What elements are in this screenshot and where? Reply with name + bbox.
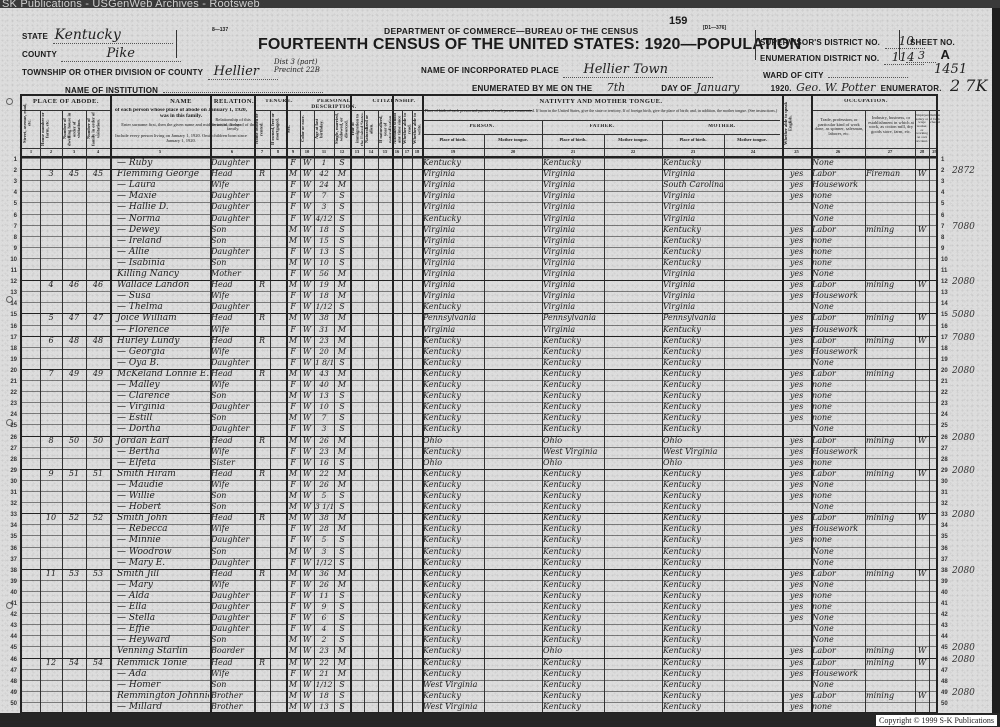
column-number: 4 (86, 150, 110, 155)
occupation-header: OCCUPATION. (811, 99, 921, 105)
relation-header: RELATION. (210, 99, 258, 106)
header-rule (422, 120, 780, 121)
row-number-right: 5 (941, 201, 944, 207)
state-value: Kentucky (53, 27, 173, 44)
table-row: — ElfetaSisterFW16SOhioOhioOhioyesnone (22, 457, 940, 468)
table-row: — EffieDaughterFW4SKentuckyKentuckyKentu… (22, 623, 940, 634)
occupation-trade: none (812, 701, 864, 713)
county-field: COUNTY Pike (22, 44, 181, 62)
district-code: [D1—376] (703, 25, 726, 31)
column-number: 22 (604, 150, 662, 155)
row-number-right: 26 (941, 435, 948, 441)
form-title: FOURTEENTH CENSUS OF THE UNITED STATES: … (258, 36, 801, 54)
row-number-left: 6 (3, 213, 17, 219)
row-number-left: 47 (3, 668, 17, 674)
table-row: — MillardBrotherMW13SWest VirginiaKentuc… (22, 701, 940, 712)
farm-schedule-header: Number of farm schedule. (929, 114, 940, 125)
table-row: — Oya B.DaughterFW1 8/12SKentuckyKentuck… (22, 357, 940, 368)
column-number: 28 (915, 150, 929, 155)
row-number-left: 44 (3, 634, 17, 640)
incorporated-place-value: Hellier Town (563, 62, 713, 78)
occupation-code: 2080 (952, 466, 975, 476)
mother-tongue-header: Mother tongue. (724, 138, 780, 143)
own-header: Home owned or rented. (255, 112, 269, 146)
row-number-right: 32 (941, 501, 948, 507)
row-number-right: 23 (941, 401, 948, 407)
table-row: — MalleyWifeFW40MKentuckyKentuckyKentuck… (22, 379, 940, 390)
row-number-left: 37 (3, 557, 17, 563)
row-number-right: 19 (941, 357, 948, 363)
person-tongue-header: Mother tongue. (484, 138, 542, 143)
relation-description: Relationship of this person to the head … (210, 118, 256, 132)
table-row: — SusaWifeFW18MVirginiaVirginiaVirginiay… (22, 290, 940, 301)
occupation-class-header: Employer, salary or wage worker, or work… (915, 114, 929, 143)
margin-note-2: 2 7K (950, 76, 987, 95)
row-number-left: 5 (3, 201, 17, 207)
column-number: 2 (40, 150, 62, 155)
row-number-right: 39 (941, 579, 948, 585)
enumerator-name: Geo. W. Potter (796, 81, 876, 95)
column-number: 18 (412, 150, 422, 155)
mother-birthplace: Kentucky (663, 701, 723, 713)
census-table: PLACE OF ABODE. NAME of each person whos… (20, 94, 938, 714)
column-number: 14 (364, 150, 378, 155)
row-number-left: 19 (3, 357, 17, 363)
row-number-left: 25 (3, 423, 17, 429)
scan-bottom (0, 713, 1000, 727)
row-number-right: 45 (941, 645, 948, 651)
row-number-left: 11 (3, 268, 17, 274)
row-number-left: 8 (3, 235, 17, 241)
row-number-right: 35 (941, 534, 948, 540)
table-row: — RubyDaughterFW1SKentuckyKentuckyKentuc… (22, 157, 940, 168)
table-row: — AllieDaughterFW13SVirginiaVirginiaKent… (22, 246, 940, 257)
row-number-left: 30 (3, 479, 17, 485)
mort-header: If owned, free or mortgaged. (271, 112, 285, 146)
row-number-right: 24 (941, 412, 948, 418)
form-number: 8—137 (212, 27, 228, 33)
row-number-right: 43 (941, 623, 948, 629)
binder-hole (6, 98, 13, 105)
header-rule (811, 110, 940, 111)
year-label: 1920. (771, 84, 792, 93)
table-row: 54747Joice WilliamHeadRMW38MPennsylvania… (22, 312, 940, 323)
row-number-right: 16 (941, 324, 948, 330)
column-number: 5 (110, 150, 210, 155)
occupation-code: 2080 (952, 277, 975, 287)
table-row: — EstillSonMW7SKentuckyKentuckyKentuckyy… (22, 412, 940, 423)
table-row: — VirginiaDaughterFW10SKentuckyKentuckyK… (22, 401, 940, 412)
enumerated-month-value: January (696, 81, 766, 95)
row-number-left: 49 (3, 690, 17, 696)
imm-header: Year of immigration to the United States… (351, 112, 363, 146)
row-number-right: 14 (941, 301, 948, 307)
naty-header: If naturalized, year of naturalization. (379, 112, 391, 146)
county-label: COUNTY (22, 50, 57, 59)
column-number: 11 (314, 150, 334, 155)
department-title: DEPARTMENT OF COMMERCE—BUREAU OF THE CEN… (384, 26, 639, 36)
table-row: 44646Wallace LandonHeadRMW19MVirginiaVir… (22, 279, 940, 290)
row-number-right: 2 (941, 168, 944, 174)
table-row: — IsabiniaSonMW10SVirginiaVirginiaKentuc… (22, 257, 940, 268)
row-number-left: 27 (3, 446, 17, 452)
table-row: — HomerSonMW1/12SWest VirginiaKentuckyKe… (22, 679, 940, 690)
person-pob-header: Place of birth. (422, 138, 484, 143)
row-number-left: 39 (3, 579, 17, 585)
table-row: 64848Hurley LundyHeadRMW23MKentuckyKentu… (22, 335, 940, 346)
row-number-right: 8 (941, 235, 944, 241)
father-pob-header: Place of birth. (542, 138, 604, 143)
mother-pob-header: Place of birth. (662, 138, 724, 143)
row-number-right: 4 (941, 190, 944, 196)
column-number: 29 (929, 150, 940, 155)
institution-value (163, 92, 323, 93)
state-label: STATE (22, 32, 48, 41)
nativity-description: Place of birth of each person and parent… (424, 109, 778, 113)
house-header: House number or farm, etc. (41, 112, 61, 146)
occupation-code: 2872 (952, 166, 975, 176)
ms-header: Single, married, widowed, or divorced. (335, 112, 349, 146)
occupation-code: 2080 (952, 643, 975, 653)
nativity-header: NATIVITY AND MOTHER TONGUE. (422, 99, 780, 106)
row-number-right: 21 (941, 379, 948, 385)
column-number: 3 (62, 150, 86, 155)
tenure-header: TENURE. (254, 99, 304, 105)
row-number-left: 4 (3, 190, 17, 196)
occupation-code: 2080 (952, 688, 975, 698)
speak-english-header: Whether able to speak English. (784, 100, 804, 146)
table-row: Killing NancyMotherFW56MVirginiaVirginia… (22, 268, 940, 279)
write-header: Whether able to write. (413, 112, 421, 146)
row-number-right: 42 (941, 612, 948, 618)
county-value: Pike (61, 46, 181, 62)
table-row: 95151Smith HiramHeadRMW22MKentuckyKentuc… (22, 468, 940, 479)
table-row: Remmington JohnnieBrotherMW18SKentuckyKe… (22, 690, 940, 701)
column-number: 13 (350, 150, 364, 155)
row-number-right: 10 (941, 257, 948, 263)
table-row: — LauraWifeFW24MVirginiaVirginiaSouth Ca… (22, 179, 940, 190)
table-row: — EllaDaughterFW9SKentuckyKentuckyKentuc… (22, 601, 940, 612)
row-number-right: 34 (941, 523, 948, 529)
row-number-left: 32 (3, 501, 17, 507)
row-number-right: 13 (941, 290, 948, 296)
father-tongue-header: Mother tongue. (604, 138, 662, 143)
row-number-right: 15 (941, 312, 948, 318)
row-number-right: 17 (941, 335, 948, 341)
row-number-right: 29 (941, 468, 948, 474)
row-number-left: 9 (3, 246, 17, 252)
personal-description-header: PERSONAL DESCRIPTION. (304, 99, 364, 111)
sch-header: Attended school any time since Sept. 1, … (393, 112, 401, 146)
copyright-notice: Copyright © 1999 S-K Publications (876, 715, 997, 726)
row-number-left: 28 (3, 457, 17, 463)
column-number: 21 (542, 150, 604, 155)
table-row: 74949McKeland Lonnie E.HeadRMW43MKentuck… (22, 368, 940, 379)
row-number-right: 30 (941, 479, 948, 485)
row-number-right: 3 (941, 179, 944, 185)
row-number-left: 48 (3, 679, 17, 685)
row-number-left: 23 (3, 401, 17, 407)
row-number-left: 21 (3, 379, 17, 385)
table-row: — NormaDaughterFW4/12SKentuckyVirginiaVi… (22, 213, 940, 224)
marital-status: S (335, 701, 349, 713)
row-number-left: 20 (3, 368, 17, 374)
father-birthplace: Kentucky (543, 701, 603, 713)
supervisor-label: SUPERVISOR'S DISTRICT NO. (760, 38, 880, 47)
row-number-right: 40 (941, 590, 948, 596)
sex: M (287, 701, 299, 713)
header-rule (422, 134, 780, 135)
row-number-left: 24 (3, 412, 17, 418)
row-number-right: 6 (941, 213, 944, 219)
row-number-left: 13 (3, 290, 17, 296)
occupation-trade-header: Trade, profession, or particular kind of… (813, 118, 865, 137)
table-row: — Mary E.DaughterFW1/12SKentuckyKentucky… (22, 557, 940, 568)
table-row: — Hallie D.DaughterFW3SVirginiaVirginiaV… (22, 201, 940, 212)
table-row: — AdaWifeFW21MKentuckyKentuckyKentuckyye… (22, 668, 940, 679)
table-row: — GeorgiaWifeFW20MKentuckyKentuckyKentuc… (22, 346, 940, 357)
race-header: Color or race. (301, 112, 313, 146)
column-number-rule-top (22, 148, 936, 149)
table-row: — MaryWifeFW26MKentuckyKentuckyKentuckyy… (22, 579, 940, 590)
table-row: — StellaDaughterFW6SKentuckyKentuckyKent… (22, 612, 940, 623)
row-number-left: 22 (3, 390, 17, 396)
row-number-left: 3 (3, 179, 17, 185)
column-number: 20 (484, 150, 542, 155)
row-number-right: 38 (941, 568, 948, 574)
row-number-left: 14 (3, 301, 17, 307)
row-number-left: 29 (3, 468, 17, 474)
table-row: — MinnieDaughterFW5SKentuckyKentuckyKent… (22, 534, 940, 545)
row-number-left: 46 (3, 657, 17, 663)
speaks-english: yes (783, 701, 810, 713)
table-row: — WoodrowSonMW3SKentuckyKentuckyKentucky… (22, 546, 940, 557)
table-row: — WillieSonMW5SKentuckyKentuckyKentuckyy… (22, 490, 940, 501)
state-field: STATE Kentucky (22, 26, 173, 44)
column-number: 8 (270, 150, 286, 155)
column-number: 7 (254, 150, 270, 155)
occupation-code: 7080 (952, 222, 975, 232)
table-row: 34545Flemming GeorgeHeadRMW42MVirginiaVi… (22, 168, 940, 179)
occupation-code: 2080 (952, 655, 975, 665)
table-row: — DeweySonMW18SVirginiaVirginiaKentuckyy… (22, 224, 940, 235)
citizenship-header: CITIZENSHIP. (364, 99, 424, 105)
nat-header: Naturalized or alien. (365, 112, 377, 146)
enumerated-by-label: ENUMERATED BY ME ON THE (472, 84, 592, 93)
occupation-code: 2080 (952, 510, 975, 520)
row-number-left: 38 (3, 568, 17, 574)
census-sheet: STATE Kentucky COUNTY Pike TOWNSHIP OR O… (0, 8, 992, 713)
table-row: — ThelmaDaughterFW1/12SKentuckyVirginiaV… (22, 301, 940, 312)
read-header: Whether able to read. (403, 112, 411, 146)
table-row: 125454Remmick TonieHeadRMW22MKentuckyKen… (22, 657, 940, 668)
relation: Brother (211, 701, 253, 713)
row-number-right: 50 (941, 701, 948, 707)
row-number-right: 46 (941, 657, 948, 663)
row-number-left: 36 (3, 546, 17, 552)
header-divider (176, 30, 177, 58)
row-number-left: 41 (3, 601, 17, 607)
page-stamp: 159 (669, 15, 687, 27)
row-number-right: 47 (941, 668, 948, 674)
row-number-right: 31 (941, 490, 948, 496)
row-number-left: 16 (3, 324, 17, 330)
row-number-right: 12 (941, 279, 948, 285)
row-number-right: 48 (941, 679, 948, 685)
table-row: — IrelandSonMW15SVirginiaVirginiaKentuck… (22, 235, 940, 246)
row-number-left: 50 (3, 701, 17, 707)
table-row: — MaudieWifeFW26MKentuckyKentuckyKentuck… (22, 479, 940, 490)
sheet-number: 3 (906, 49, 936, 63)
race: W (301, 701, 313, 713)
sheet-side: A (940, 47, 949, 62)
row-number-left: 26 (3, 435, 17, 441)
row-number-right: 20 (941, 368, 948, 374)
row-number-right: 33 (941, 512, 948, 518)
fam-header: Number of family in order of visitation. (87, 112, 109, 146)
table-row: — BerthaWifeFW23MKentuckyWest VirginiaWe… (22, 446, 940, 457)
occupation-code: 2080 (952, 566, 975, 576)
table-row: — ClarenceSonMW13SKentuckyKentuckyKentuc… (22, 390, 940, 401)
row-number-right: 41 (941, 601, 948, 607)
column-number: 24 (724, 150, 782, 155)
table-row: — AldaDaughterFW11SKentuckyKentuckyKentu… (22, 590, 940, 601)
person-birthplace: West Virginia (423, 701, 483, 713)
row-number-left: 2 (3, 168, 17, 174)
row-number-left: 12 (3, 279, 17, 285)
row-number-left: 10 (3, 257, 17, 263)
row-number-left: 45 (3, 645, 17, 651)
row-number-right: 25 (941, 423, 948, 429)
mother-header: MOTHER. (662, 124, 782, 129)
row-number-left: 7 (3, 224, 17, 230)
age-header: Age at last birthday. (315, 112, 333, 146)
column-number: 12 (334, 150, 350, 155)
row-number-left: 40 (3, 590, 17, 596)
township-label: TOWNSHIP OR OTHER DIVISION OF COUNTY (22, 68, 203, 77)
occupation-code: 7080 (952, 333, 975, 343)
column-number: 19 (422, 150, 484, 155)
row-number-right: 1 (941, 157, 944, 163)
dw-header: Number of dwelling house in order of vis… (63, 112, 85, 146)
table-row: — HeywardSonMW2SKentuckyKentuckyKentucky… (22, 634, 940, 645)
occupation-industry-header: Industry, business, or establishment in … (867, 116, 915, 135)
occupation-code: 2080 (952, 433, 975, 443)
row-number-left: 15 (3, 312, 17, 318)
row-number-left: 35 (3, 534, 17, 540)
sex-header: Sex. (287, 112, 299, 146)
column-number: 9 (286, 150, 300, 155)
row-number-left: 42 (3, 612, 17, 618)
row-number-left: 18 (3, 346, 17, 352)
father-header: FATHER. (542, 124, 662, 129)
row-number-right: 18 (941, 346, 948, 352)
row-number-right: 7 (941, 224, 944, 230)
table-row: 85050Jordan EarlHeadRMW26MOhioOhioOhioye… (22, 435, 940, 446)
age: 13 (315, 701, 333, 713)
row-number-left: 31 (3, 490, 17, 496)
enumerator-label: ENUMERATOR. (881, 84, 942, 93)
row-number-left: 33 (3, 512, 17, 518)
district-bracket (755, 30, 756, 60)
column-number: 6 (210, 150, 254, 155)
table-row: — MaxieDaughterFW7SVirginiaVirginiaVirgi… (22, 190, 940, 201)
row-number-right: 27 (941, 446, 948, 452)
column-number: 27 (865, 150, 915, 155)
column-number: 1 (22, 150, 40, 155)
row-number-right: 22 (941, 390, 948, 396)
name-instruction-2: Include every person living on January 1… (114, 134, 248, 143)
person-name: — Millard (111, 701, 209, 713)
row-number-right: 11 (941, 268, 947, 274)
day-of-label: DAY OF (661, 84, 692, 93)
row-number-right: 36 (941, 546, 948, 552)
township-value: Hellier (208, 64, 278, 80)
incorporated-place-label: NAME OF INCORPORATED PLACE (421, 66, 559, 75)
column-number: 17 (402, 150, 412, 155)
column-number: 10 (300, 150, 314, 155)
watermark: SK Publications - USGenWeb Archives - Ro… (2, 0, 260, 10)
township-note: Dist 3 (part) Precinct 22B (274, 58, 334, 74)
row-number-left: 43 (3, 623, 17, 629)
sheet-bracket (899, 30, 900, 60)
table-row: — DorthaDaughterFW3SKentuckyKentuckyKent… (22, 423, 940, 434)
row-number-right: 44 (941, 634, 948, 640)
column-number: 15 (378, 150, 392, 155)
row-number-left: 34 (3, 523, 17, 529)
person-header: PERSON. (422, 124, 542, 129)
row-number-right: 9 (941, 246, 944, 252)
table-row: 115353Smith JillHeadRMW36MKentuckyKentuc… (22, 568, 940, 579)
header-rule (254, 110, 304, 111)
occupation-code: 5080 (952, 310, 975, 320)
margin-note-1: 1451 (934, 62, 967, 77)
column-number: 26 (811, 150, 865, 155)
column-number: 23 (662, 150, 724, 155)
row-number-right: 28 (941, 457, 948, 463)
table-row: — HobertSonMW3 1/12SKentuckyKentuckyKent… (22, 501, 940, 512)
table-row: — RebeccaWifeFW28MKentuckyKentuckyKentuc… (22, 523, 940, 534)
enumerated-day-value: 7th (597, 81, 657, 95)
scan-edge (992, 8, 1000, 727)
incorporated-place-field: NAME OF INCORPORATED PLACE Hellier Town (421, 60, 713, 78)
table-row: — FlorenceWifeFW31MVirginiaVirginiaKentu… (22, 324, 940, 335)
occupation-code: 2080 (952, 366, 975, 376)
row-number-right: 37 (941, 557, 948, 563)
row-number-right: 49 (941, 690, 948, 696)
row-number-left: 17 (3, 335, 17, 341)
table-row: 105252Smith JohnHeadRMW38MKentuckyKentuc… (22, 512, 940, 523)
township-field: TOWNSHIP OR OTHER DIVISION OF COUNTY Hel… (22, 62, 278, 80)
street-header: Street, avenue, road, etc. (23, 100, 39, 146)
table-row: Venning StarlinBoarderMW23MKentuckyOhioK… (22, 645, 940, 656)
column-number: 25 (782, 150, 811, 155)
enumeration-label: ENUMERATION DISTRICT NO. (760, 54, 879, 63)
row-number-left: 1 (3, 157, 17, 163)
